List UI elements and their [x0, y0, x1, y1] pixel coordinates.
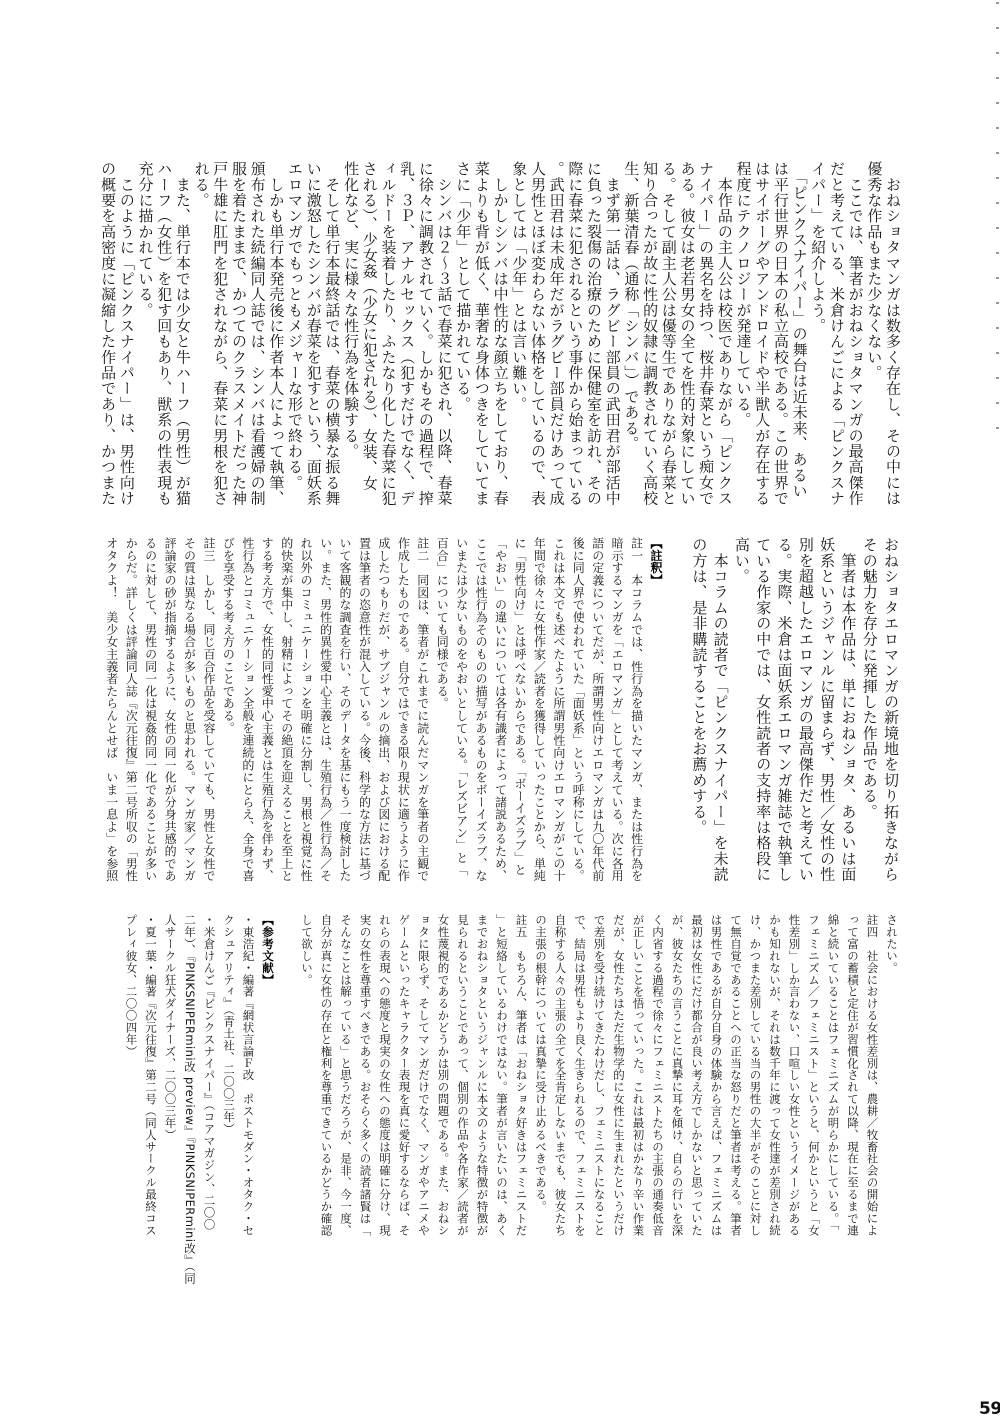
body-column: まず第一話は、ラグビー部員の武田君が部活中: [603, 161, 622, 506]
note-column: 」と短絡しているわけではない。筆者が言いたいのは、あく: [492, 914, 512, 1248]
note-column: 成したつもりだが、サブジャンルの摘出、および図における配: [373, 537, 392, 882]
body-column: る。実際、米倉は面妖系エロマンガ雑誌で執筆し: [773, 537, 794, 882]
body-column: ここでは、筆者がおねショタマンガの最高傑作: [846, 161, 865, 506]
note-column: 註四 社会における女性差別は、農耕／牧畜社会の開始によ: [862, 914, 882, 1248]
note-column: 「やおい」の違いについては各有識者によって諸説あるため、: [490, 537, 509, 882]
body-column: 知り合ったが故に性的奴隷に調教されていく高校: [640, 161, 659, 506]
body-column: される）、少女姦（少女に犯される）、女装、女: [360, 161, 379, 506]
body-column: シンバは２～３話で春菜に犯され、以降、春菜: [435, 161, 454, 506]
note-column: 見られるということであって、個別の作品や各作家／読者が: [453, 914, 473, 1248]
body-column: る。そして副主人公は優等生でありながら春菜と: [659, 161, 678, 506]
note-column: する考え方で、女性的同性愛中心主義とは生殖行為を伴わず、: [257, 537, 276, 882]
body-column: に負った裂傷の治療のために保健室を訪れ、その: [584, 161, 603, 506]
body-column: その魅力を存分に発揮した作品である。: [858, 537, 879, 882]
note-column: れらの表現への態度と現実の女性への態度は明確に分け、現: [375, 914, 395, 1248]
note-column: 性差別」しか言わない、口喧しい女性というイメージがある: [784, 914, 804, 1248]
note-column: 暗示するマンガを「エロマンガ」として考えている。次に各用: [607, 537, 626, 882]
note-column: に「男性向け」とは呼べないからである。「ボーイズラブ」と: [510, 537, 529, 882]
page-edge-marks: [996, 2, 999, 442]
body-column: 服を着たままで、かつてのクラスメイトだった神: [229, 161, 248, 506]
note-column: は男性であるが自分自身の体験から言えば、フェミニズムは: [706, 914, 726, 1248]
body-column: ている作家の中では、女性読者の支持率は格段に: [752, 537, 773, 882]
note-column: その質は異なる場合が多いものと思われる。マンガ家／マンガ: [179, 537, 198, 882]
note-column: オタクよ！ 美少女主義者たらんとせば いま一息よ」を参照: [101, 537, 120, 882]
note-column: って富の蓄積と定住が習慣化されて以降、現在に至るまで連: [843, 914, 863, 1248]
body-column: このように「ピンクスナイパー」は、男性向け: [117, 161, 136, 506]
body-column: 象としては「少年」とは言い難い。: [510, 161, 529, 506]
note-column: までおねショタというジャンルに本文のような特徴が特徴が: [472, 914, 492, 1248]
body-column: の方は、是非購読することをお薦めする。: [688, 537, 709, 882]
note-column: け、かつまた差別している当の男性の大半がそのことに対し: [745, 914, 765, 1248]
body-middle-columns: おねショタエロマンガの新境地を切り拓きながらその魅力を存分に発揮した作品である。…: [688, 537, 901, 882]
note-column: く内省する過程で徐々にフェミニストたちの主張の通奏低音: [648, 914, 668, 1248]
column-spacer: [277, 914, 297, 1248]
note-column: 綿と続いていることはフェミニズムが明らかにしている。「: [823, 914, 843, 1248]
note-column: 自分が真に女性の存在と権利を尊重できているかどうか確認: [316, 914, 336, 1248]
note-column: 年間で徐々に女性作家／読者を獲得していったことから、単純: [529, 537, 548, 882]
body-column: 戸牛雄に肛門を犯されながら、春菜に男根を犯さ: [211, 161, 230, 506]
body-column: 人男性とほぼ変わらない体格をしているので、表: [528, 161, 547, 506]
references-heading: 【参考文献】: [258, 914, 278, 1248]
note-column: そんなことは解っている」と思うだろうが、是非、今一度、: [336, 914, 356, 1248]
notes-heading: 【註釈】: [646, 537, 665, 882]
reference-entry-column: 人サークル狂犬ダイナーズ、二〇〇三年）: [160, 914, 180, 1248]
body-column: 菜よりも背が低く、華奢な身体つきをしていてま: [472, 161, 491, 506]
note-column: い。また、男性的異性愛中心主義とは、生殖行為／性行為／そ: [315, 537, 334, 882]
note-column: が正しいことを悟っていった。これは最初はかなり辛い作業: [628, 914, 648, 1248]
note-column: ここでは性行為そのものの描写があるものをボーイズラブ、な: [471, 537, 490, 882]
body-column: 際に春菜に犯されるという事件から始まっている: [566, 161, 585, 506]
note-column: 語の定義についてだが、所謂男性向けエロマンガは九〇年代前: [587, 537, 606, 882]
note-column: 的快楽が集中し、射精によってその絶頂を迎えることを至上と: [276, 537, 295, 882]
note-column: 実の女性を尊重すべきである。おそらく多くの読者諸賢は「: [355, 914, 375, 1248]
body-column: しかしシンバは中性的な顔立ちをしており、春: [491, 161, 510, 506]
body-column: 筆者は本作品は、単におねショタ、あるいは面: [837, 537, 858, 882]
body-column: いに激怒したシンバが春菜を犯すという、面妖系: [304, 161, 323, 506]
note-column: ョタに限らず、そしてマンガだけでなく、マンガやアニメや: [414, 914, 434, 1248]
note-column: の主張の根幹については真摯に受け止めるべきである。: [531, 914, 551, 1248]
body-column: おねショタエロマンガの新境地を切り拓きながら: [880, 537, 901, 882]
note-column: いて客観的な調査を行い、そのデータを基にもう一度検討した: [335, 537, 354, 882]
body-upper-tier: おねショタマンガは数多く存在し、その中には優秀な作品もまた少なくない。 ここでは…: [98, 161, 902, 506]
body-column: 充分に描かれている。: [136, 161, 155, 506]
body-column: 程度にテクノロジーが発達している。: [734, 161, 753, 506]
note-column: で、結局は男性もより良く生きられるので、フェミニストを: [570, 914, 590, 1248]
body-column: は平行世界の日本の私立高校である。この世界で: [771, 161, 790, 506]
note-column: びを享受する考え方のことである。: [218, 537, 237, 882]
note-column: いまたは少ないものをやおいとしている。「レズビアン」と「: [451, 537, 470, 882]
note-column: これは本文でも述べたように所謂男性向けエロマンガがこの十: [548, 537, 567, 882]
note-column: フェミニズム／フェミニスト」というと、何かというと「女: [804, 914, 824, 1248]
reference-entry-column: ・東浩紀・編著『網状言論Ｆ改 ポストモダン・オタク・セ: [238, 914, 258, 1248]
note-column: 自称する人々の主張の全てを全肯定しないまでも、彼女たち: [550, 914, 570, 1248]
body-column: そして単行本最終話では、春菜の横暴な振る舞: [323, 161, 342, 506]
body-column: ィルドーを装着したり、ふたなり化した春菜に犯: [379, 161, 398, 506]
note-column: ゲームといったキャラクター表現を真に愛好するならば、そ: [394, 914, 414, 1248]
note-column: で差別を受け続けてきたわけだし、フェミニストになること: [589, 914, 609, 1248]
body-column: 本作品の主人公は校医でありながら「ピンクス: [715, 161, 734, 506]
note-column: 後に同人界で使われていた「面妖系」という呼称にしている。: [568, 537, 587, 882]
body-column: だと考えている、米倉けんごによる「ピンクスナ: [827, 161, 846, 506]
body-column: イパー」を紹介しよう。: [809, 161, 828, 506]
page-number: 59: [979, 1399, 1000, 1417]
notes-middle-columns: 註一 本コラムでは、性行為を描いたマンガ、または性行為を暗示するマンガを「エロマ…: [101, 537, 645, 882]
note-column: 註二 同図は、筆者がこれまでに読んだマンガを筆者の主観で: [412, 537, 431, 882]
reference-entry-column: プレィ彼女、二〇〇四年）: [121, 914, 141, 1248]
note-column: て無自覚であることへの正当な怒りだと筆者は考える。筆者: [726, 914, 746, 1248]
body-column: 本コラムの読者で「ピンクスナイパー」を未読: [709, 537, 730, 882]
body-column: 。武田君は未成年だがラグビー部員だけあって成: [547, 161, 566, 506]
note-column: 評論家の砂が指摘するように、女性の同一化が分身共感的であ: [160, 537, 179, 882]
body-column: ナイパー」の異名を持つ、桜井春菜という痴女で: [696, 161, 715, 506]
body-column: の概要を高密度に凝縮した作品であり、かつまた: [98, 161, 117, 506]
note-column: 註一 本コラムでは、性行為を描いたマンガ、または性行為を: [626, 537, 645, 882]
note-column: からだ。詳しくは評論同人誌『次元往復』第二号所収の「男性: [121, 537, 140, 882]
note-column: るのに対して、男性の同一化は視姦的同一化であることが多い: [140, 537, 159, 882]
notes-lower-columns: されたい。註四 社会における女性差別は、農耕／牧畜社会の開始によって富の蓄積と定…: [297, 914, 902, 1248]
body-column: れる。: [192, 161, 211, 506]
body-column: 頒布された続編同人誌では、シンバは看護婦の制: [248, 161, 267, 506]
lower-tier: されたい。註四 社会における女性差別は、農耕／牧畜社会の開始によって富の蓄積と定…: [121, 914, 901, 1248]
note-column: 置は筆者の恣意性が混入している。今後、科学的な方法に基づ: [354, 537, 373, 882]
note-column: だが、女性たちはただ生物学的に女性に生まれたというだけ: [609, 914, 629, 1248]
body-column: おねショタマンガは数多く存在し、その中には: [883, 161, 902, 506]
note-column: が、彼女たちの言うことに真摯に耳を傾け、自らの行いを深: [667, 914, 687, 1248]
body-column: 高い。: [731, 537, 752, 882]
body-column: 別を超越したエロマンガの最高傑作だと考えてい: [795, 537, 816, 882]
note-column: されたい。: [882, 914, 902, 1248]
note-column: 註三 しかし、同じ百合作品を受容していても、男性と女性で: [199, 537, 218, 882]
references-list: ・東浩紀・編著『網状言論Ｆ改 ポストモダン・オタク・セクシュアリティ』（青土社、…: [121, 914, 258, 1248]
note-column: 百合」についても同様である。: [432, 537, 451, 882]
note-column: 註五 もちろん、筆者は「おねショタ好きはフェミニストだ: [511, 914, 531, 1248]
note-column: かも知れないが、それは数千年に渡って女性達が差別され続: [765, 914, 785, 1248]
reference-entry-column: ・夏一葉・編著『次元往復』第二号（同人サークル最終コス: [141, 914, 161, 1248]
body-upper-columns: おねショタマンガは数多く存在し、その中には優秀な作品もまた少なくない。 ここでは…: [98, 161, 902, 506]
reference-entry-column: 二年）、『PINKSNIPERmini改 preview』『PINKSNIPER…: [180, 914, 200, 1248]
body-column: はサイボーグやアンドロイドや半獣人が存在する: [753, 161, 772, 506]
notes-middle-tier: 【註釈】 註一 本コラムでは、性行為を描いたマンガ、または性行為を暗示するマンガ…: [101, 537, 665, 882]
body-column: ハーフ（女性）を犯す回もあり、獣系の性表現も: [155, 161, 174, 506]
body-column: 性化など、実に様々な性行為を体験する。: [341, 161, 360, 506]
reference-entry-column: クシュアリティ』（青土社、二〇〇三年）: [219, 914, 239, 1248]
note-column: 最初は女性にだけ都合が良い考え方でしかないと思っていた: [687, 914, 707, 1248]
note-column: 作成したものである。自分ではできる限り現状に適うように作: [393, 537, 412, 882]
body-column: 生、新葉清春（通称「シンバ」）である。: [622, 161, 641, 506]
body-middle-tier: おねショタエロマンガの新境地を切り拓きながらその魅力を存分に発揮した作品である。…: [688, 537, 901, 882]
body-column: また、単行本では少女と牛ハーフ（男性）が猫: [173, 161, 192, 506]
note-column: れ以外のコミュニケーションを明確に分割し、男根と視覚に性: [296, 537, 315, 882]
body-column: に徐々に調教されていく。しかもその過程で、搾: [416, 161, 435, 506]
body-column: 乳、３Ｐ、アナルセックス（犯すだけでなく、デ: [397, 161, 416, 506]
body-column: しかも単行本発売後に作者本人によって執筆、: [267, 161, 286, 506]
body-column: 優秀な作品もまた少なくない。: [865, 161, 884, 506]
note-column: して欲しい。: [297, 914, 317, 1248]
body-column: 「ピンクスナイパー」の舞台は近未来、あるい: [790, 161, 809, 506]
reference-entry-column: ・米倉けんご『ピンクスナイパー』（コアマガジン、二〇〇: [199, 914, 219, 1248]
body-column: さに「少年」として描かれている。: [454, 161, 473, 506]
body-column: エロマンガでもっともメジャーな形で終わる。: [285, 161, 304, 506]
note-column: 女性蔑視的であるかどうかは別の問題である。また、おねシ: [433, 914, 453, 1248]
note-column: 性行為とコミュニケーション全般を連続的にとらえ、全身で喜: [237, 537, 256, 882]
body-column: ある。彼女は老若男女の全てを性的対象にしてい: [678, 161, 697, 506]
body-column: 妖系というジャンルに留まらず、男性／女性の性: [816, 537, 837, 882]
